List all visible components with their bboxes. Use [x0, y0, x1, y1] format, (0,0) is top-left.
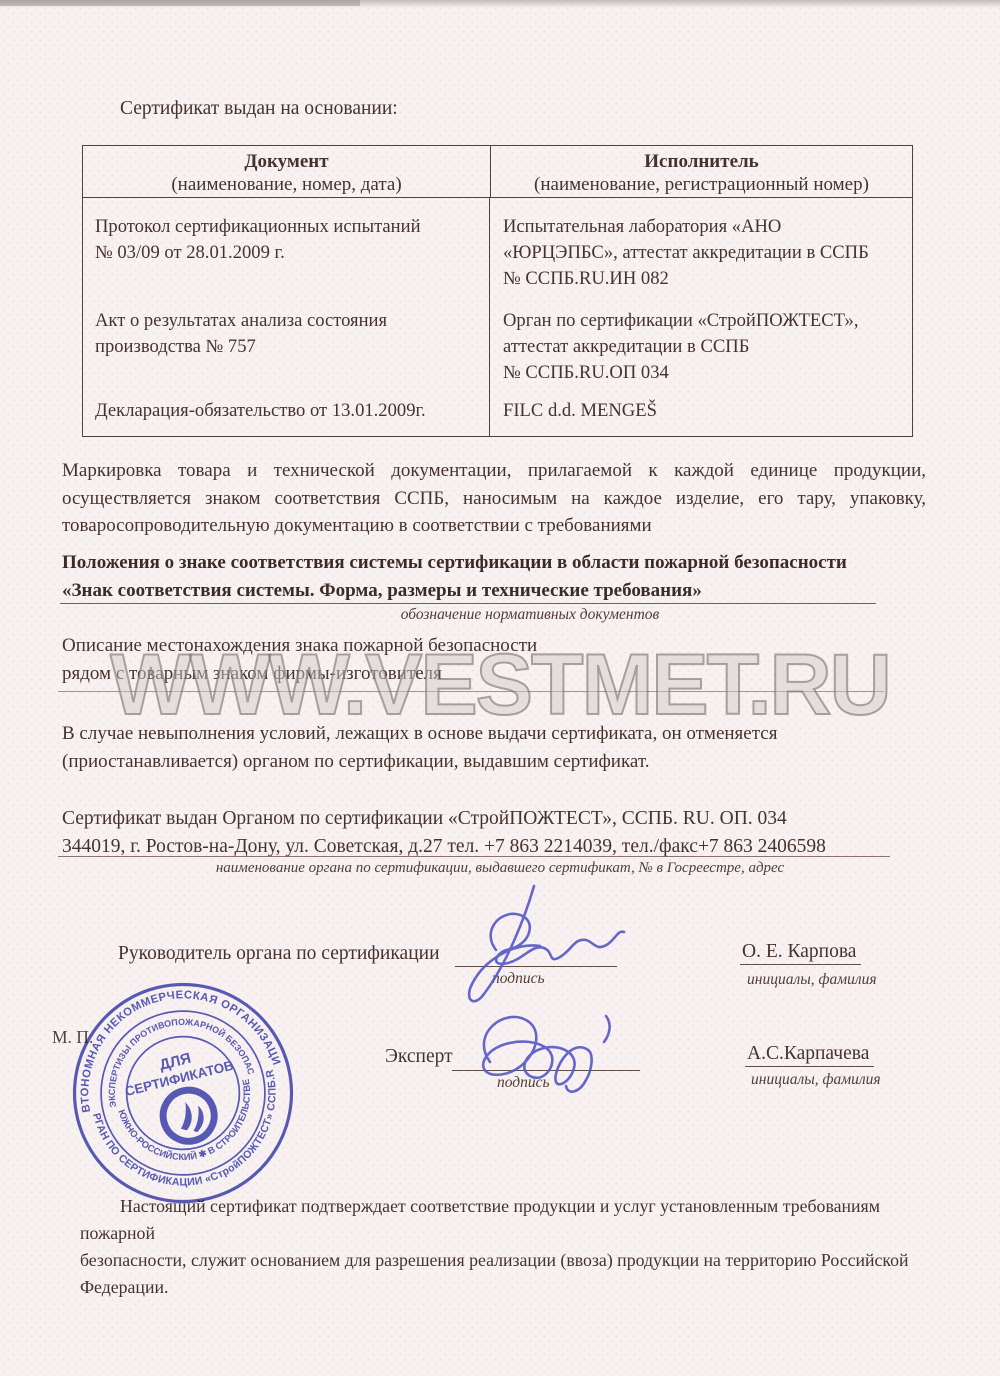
issuing-body-underline: [58, 856, 890, 857]
certificate-scan-page: Сертификат выдан на основании: Документ …: [0, 0, 1000, 1376]
site-watermark: WWW.VESTMET.RU: [48, 636, 952, 735]
head-name: О. Е. Карпова: [740, 941, 861, 965]
table-column-divider: [489, 198, 491, 436]
table-header-document: Документ (наименование, номер, дата): [83, 146, 490, 197]
column-title-document: Документ: [83, 150, 490, 173]
table-cell-doc-3: Декларация-обязательство от 13.01.2009г.: [95, 398, 475, 424]
expert-name-text: А.С.Карпачева: [745, 1043, 874, 1067]
scan-edge-artifact-left: [0, 0, 360, 6]
column-subtitle-executor: (наименование, регистрационный номер): [534, 174, 869, 195]
regulations-bold-text: Положения о знаке соответствия системы с…: [62, 549, 926, 604]
head-of-body-label: Руководитель органа по сертификации: [118, 943, 440, 965]
certification-round-stamp: АВТОНОМНАЯ НЕКОММЕРЧЕСКАЯ ОРГАНИЗАЦИЯ ОР…: [66, 976, 300, 1210]
expert-name: А.С.Карпачева: [745, 1043, 874, 1067]
expert-name-caption: инициалы, фамилия: [751, 1071, 881, 1089]
table-body: Протокол сертификационных испытаний № 03…: [83, 198, 912, 436]
intro-line: Сертификат выдан на основании:: [120, 98, 398, 120]
regulations-caption: обозначение нормативных документов: [100, 606, 960, 624]
head-name-caption: инициалы, фамилия: [747, 971, 877, 989]
stamp-flame-emblem: [158, 1085, 220, 1147]
column-title-executor: Исполнитель: [491, 150, 912, 173]
marking-paragraph: Маркировка товара и технической документ…: [62, 457, 926, 540]
column-subtitle-document: (наименование, номер, дата): [171, 174, 401, 195]
table-cell-exec-2: Орган по сертификации «СтройПОЖТЕСТ», ат…: [503, 308, 903, 386]
stamp-outer-bottom-text: ОРГАН ПО СЕРТИФИКАЦИИ «СтройПОЖТЕСТ» ССП…: [88, 1061, 299, 1209]
issuing-body-paragraph: Сертификат выдан Органом по сертификации…: [62, 805, 926, 860]
table-cell-exec-1: Испытательная лаборатория «АНО «ЮРЦЭПБС»…: [503, 214, 903, 292]
head-signature-ink: [438, 878, 648, 1013]
table-header-executor: Исполнитель (наименование, регистрационн…: [490, 146, 912, 197]
issuing-body-caption: наименование органа по сертификации, выд…: [70, 860, 930, 877]
table-cell-exec-3: FILC d.d. MENGEŠ: [503, 398, 903, 424]
table-header-row: Документ (наименование, номер, дата) Исп…: [83, 146, 912, 198]
head-name-text: О. Е. Карпова: [740, 941, 861, 965]
svg-text:ОРГАН ПО СЕРТИФИКАЦИИ «СтройПО: ОРГАН ПО СЕРТИФИКАЦИИ «СтройПОЖТЕСТ» ССП…: [88, 1061, 299, 1209]
table-cell-doc-1: Протокол сертификационных испытаний № 03…: [95, 214, 475, 266]
basis-documents-table: Документ (наименование, номер, дата) Исп…: [82, 145, 913, 437]
table-cell-doc-2: Акт о результатах анализа состояния прои…: [95, 308, 475, 360]
expert-signature-ink: [438, 1000, 658, 1125]
regulations-underline: [60, 603, 876, 604]
